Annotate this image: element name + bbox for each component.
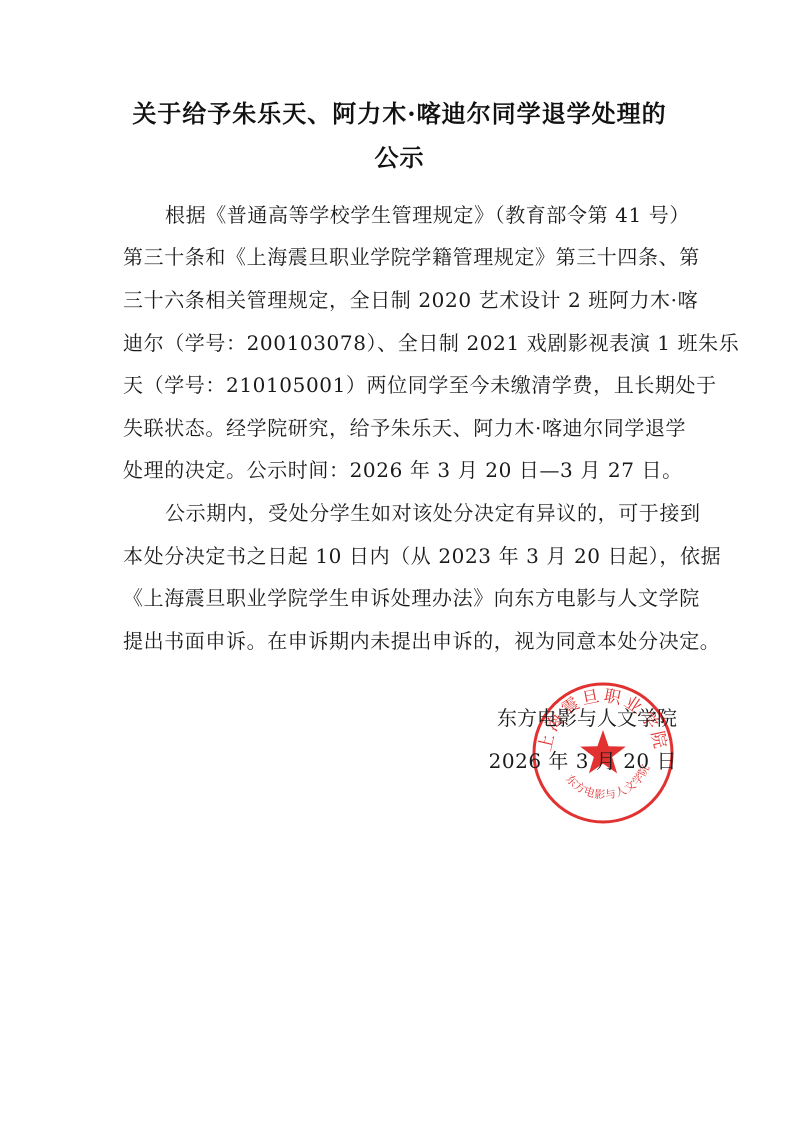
paragraph-1-line-3: 三十六条相关管理规定，全日制 2020 艺术设计 2 班阿力木·喀 [123,287,685,313]
paragraph-1-line-1: 根据《普通高等学校学生管理规定》（教育部令第 41 号） [165,202,685,228]
document-title-line-1: 关于给予朱乐天、阿力木·喀迪尔同学退学处理的 [0,94,799,129]
document-title-line-2: 公示 [0,138,799,173]
paragraph-2-line-2: 本处分决定书之日起 10 日内（从 2023 年 3 月 20 日起），依据 [123,543,685,569]
paragraph-1-line-6: 失联状态。经学院研究，给予朱乐天、阿力木·喀迪尔同学退学 [123,415,685,441]
paragraph-2-line-4: 提出书面申诉。在申诉期内未提出申诉的，视为同意本处分决定。 [123,628,685,654]
paragraph-1-line-2: 第三十条和《上海震旦职业学院学籍管理规定》第三十四条、第 [123,244,685,270]
document-page: 关于给予朱乐天、阿力木·喀迪尔同学退学处理的 公示 根据《普通高等学校学生管理规… [0,0,799,1127]
paragraph-1-line-5: 天（学号：210105001）两位同学至今未缴清学费，且长期处于 [123,372,685,398]
paragraph-1-line-7: 处理的决定。公示时间：2026 年 3 月 20 日—3 月 27 日。 [123,457,685,483]
paragraph-1-line-4: 迪尔（学号：200103078）、全日制 2021 戏剧影视表演 1 班朱乐 [123,330,685,356]
signature-date: 2026 年 3 月 20 日 [489,748,677,774]
paragraph-2-line-3: 《上海震旦职业学院学生申诉处理办法》向东方电影与人文学院 [123,585,685,611]
signature-organization: 东方电影与人文学院 [497,705,677,731]
paragraph-2-line-1: 公示期内，受处分学生如对该处分决定有异议的，可于接到 [165,500,685,526]
